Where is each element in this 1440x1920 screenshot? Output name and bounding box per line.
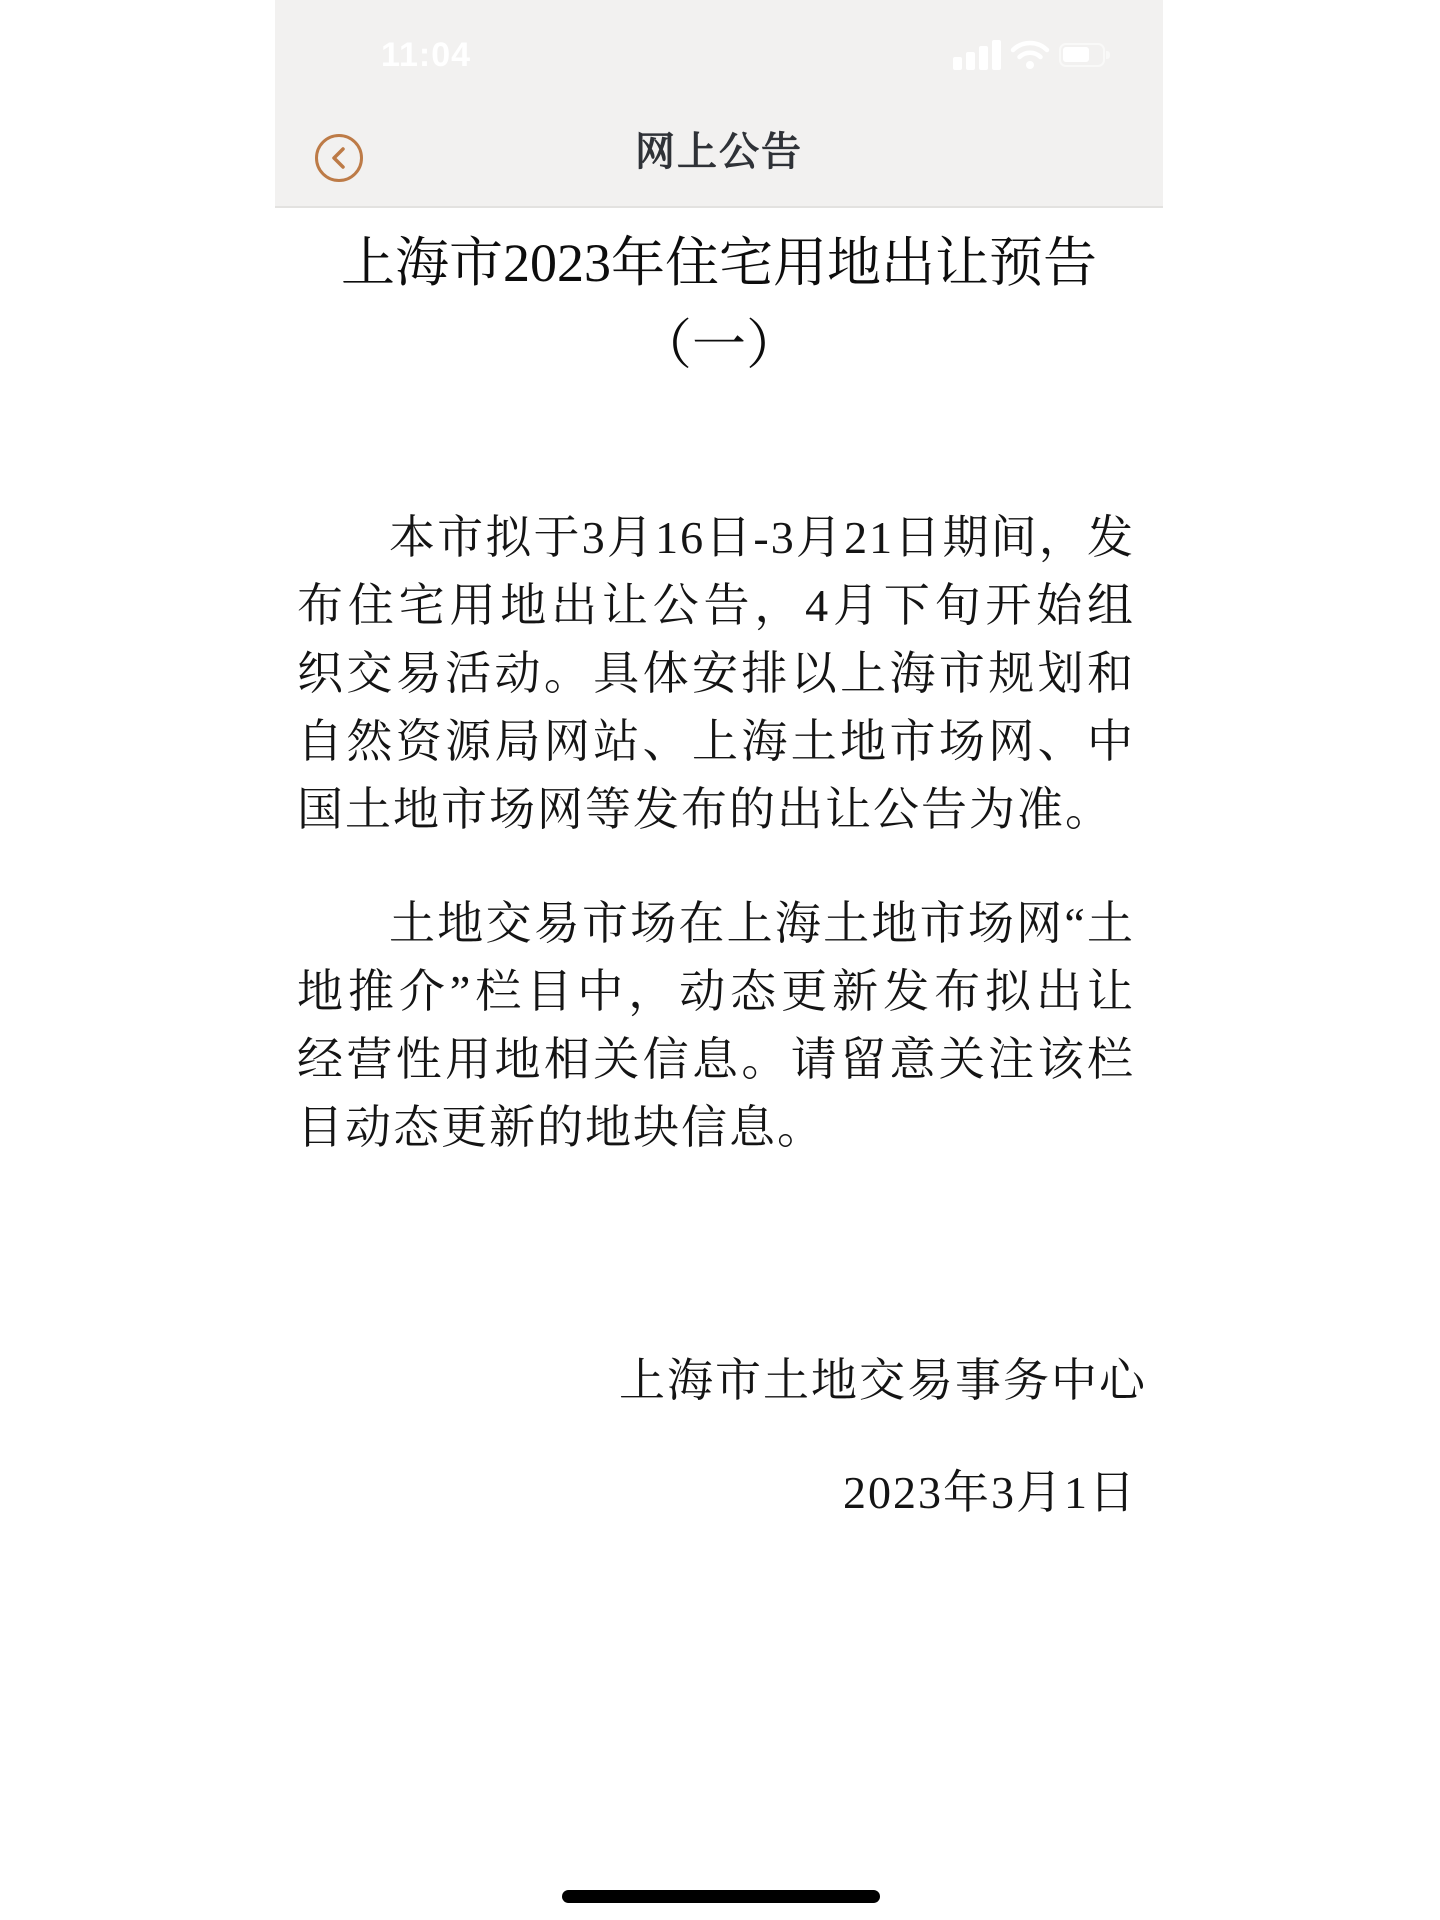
header: 11:04 网上公告 (275, 0, 1163, 208)
paragraph-1: 本市拟于3月16日-3月21日期间，发布住宅用地出让公告，4月下旬开始组织交易活… (297, 504, 1135, 844)
document-title: 上海市2023年住宅用地出让预告 （一） (275, 222, 1163, 386)
home-indicator[interactable] (562, 1890, 880, 1903)
wifi-icon (1010, 40, 1050, 70)
signature: 上海市土地交易事务中心 (619, 1354, 1147, 1408)
phone-screen: 11:04 网上公告 (275, 0, 1163, 1920)
screenshot-canvas: 11:04 网上公告 (0, 0, 1440, 1920)
document-title-line1: 上海市2023年住宅用地出让预告 (341, 233, 1097, 293)
cellular-signal-icon (953, 40, 1001, 70)
battery-icon (1059, 43, 1105, 67)
document-date: 2023年3月1日 (843, 1466, 1137, 1520)
status-time: 11:04 (371, 36, 481, 75)
page-title: 网上公告 (275, 128, 1163, 176)
document-title-line2: （一） (638, 315, 800, 375)
paragraph-2: 土地交易市场在上海土地市场网“土地推介”栏目中，动态更新发布拟出让经营性用地相关… (297, 890, 1135, 1162)
status-icons (953, 40, 1105, 70)
